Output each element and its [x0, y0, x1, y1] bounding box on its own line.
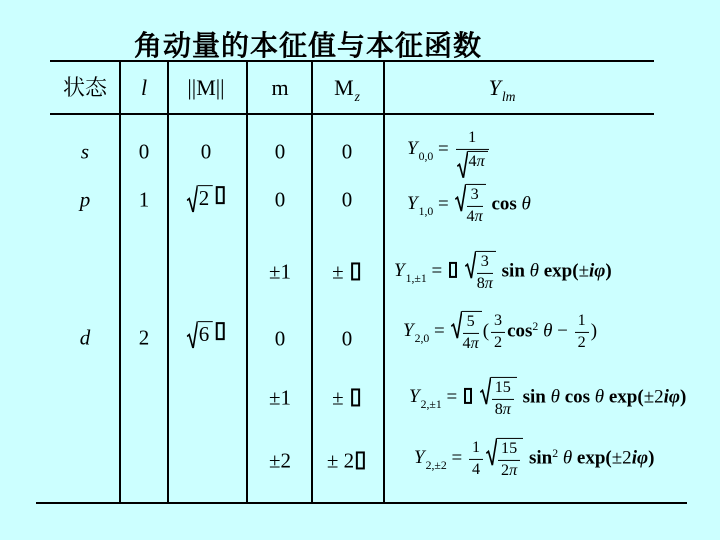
cell-state-p: p	[80, 188, 91, 211]
cell-mz-d-pm2: ± 2	[327, 449, 367, 472]
cell-l-p: 1	[139, 188, 150, 211]
missing-glyph-box	[356, 451, 365, 469]
cell-mz-p-pm1: ±	[332, 260, 362, 283]
cell-state-s: s	[81, 140, 89, 163]
missing-glyph-box	[351, 262, 360, 280]
cell-m-p: 0	[275, 188, 286, 211]
cell-m-d-pm1: ±1	[269, 386, 291, 409]
header-mz: Mz	[334, 76, 360, 100]
cell-l-s: 0	[139, 140, 150, 163]
formula-y20: Y2,0 = 54π(32cos2 θ − 12)	[403, 311, 597, 353]
formula-y2pm1: Y2,±1 = 158π sin θ cos θ exp(±2iφ)	[409, 377, 686, 419]
formula-y10: Y1,0 = 34π cos θ	[407, 184, 531, 226]
cell-m-d-pm2: ±2	[269, 449, 291, 472]
header-state: 状态	[63, 76, 107, 100]
slide-title: 角动量的本征值与本征函数	[134, 24, 482, 64]
col-divider-l-mnorm	[167, 61, 169, 502]
header-m: m	[271, 76, 288, 100]
cell-mz-d-pm1: ±	[332, 386, 362, 409]
cell-m-p-pm1: ±1	[269, 260, 291, 283]
col-divider-m-mz	[311, 61, 313, 502]
cell-mz-p: 0	[342, 188, 353, 211]
table-header-divider	[50, 113, 654, 115]
cell-mz-d: 0	[342, 327, 353, 350]
table-bottom-border	[36, 502, 687, 504]
cell-mnorm-d: 6	[186, 320, 227, 346]
header-m-norm: ||M||	[187, 76, 224, 100]
missing-glyph-box	[215, 186, 224, 204]
missing-glyph-box	[215, 322, 224, 340]
missing-glyph-box	[351, 388, 360, 406]
col-divider-mnorm-m	[246, 61, 248, 502]
missing-glyph-box	[464, 388, 472, 404]
cell-m-d: 0	[275, 327, 286, 350]
cell-state-d: d	[80, 326, 91, 349]
cell-mnorm-s: 0	[201, 140, 212, 163]
formula-y00: Y0,0 = 14π	[407, 129, 491, 171]
header-ylm: Ylm	[489, 76, 516, 100]
cell-l-d: 2	[139, 326, 150, 349]
header-l: l	[141, 76, 147, 100]
cell-mz-s: 0	[342, 140, 353, 163]
cell-m-s: 0	[275, 140, 286, 163]
col-divider-mz-ylm	[383, 61, 385, 502]
formula-y1pm1: Y1,±1 = 38π sin θ exp(±iφ)	[394, 251, 612, 293]
table-top-border	[50, 60, 654, 62]
col-divider-state-l	[119, 61, 121, 502]
cell-mnorm-p: 2	[186, 184, 227, 210]
missing-glyph-box	[449, 262, 457, 278]
formula-y2pm2: Y2,±2 = 14152π sin2 θ exp(±2iφ)	[414, 438, 654, 480]
